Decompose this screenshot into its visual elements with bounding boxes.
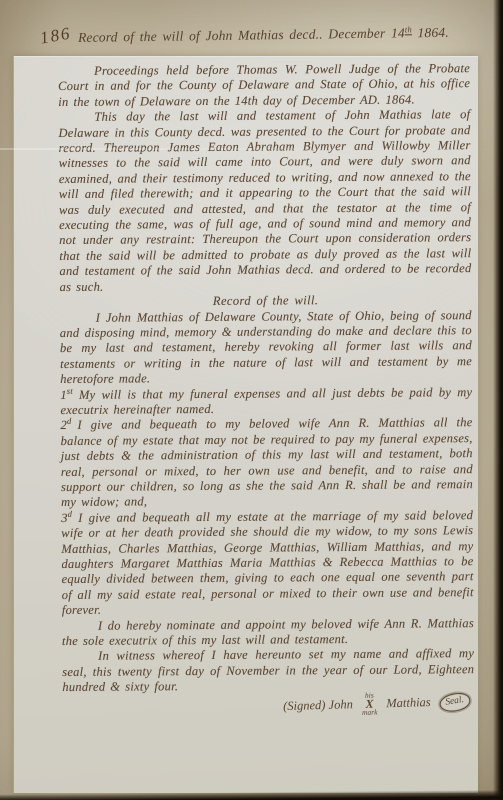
item-3-text: I give and bequeath all my estate at the… — [61, 508, 474, 617]
executrix-paragraph: I do hereby nominate and appoint my belo… — [62, 616, 474, 650]
page-title: Record of the will of John Mathias decd.… — [78, 24, 498, 46]
title-text: Record of the will of John Mathias decd.… — [78, 27, 323, 45]
his-x-mark: his X mark — [362, 692, 378, 715]
will-preamble: I John Matthias of Delaware County, Stat… — [60, 308, 473, 388]
item-1-number: 1st — [60, 387, 79, 401]
signed-surname: Matthias — [386, 695, 431, 711]
probate-order-paragraph: This day the last will and testament of … — [58, 107, 471, 295]
will-item-2: 2dI give and bequeath to my beloved wife… — [60, 415, 473, 510]
handwritten-text: Proceedings held before Thomas W. Powell… — [58, 61, 475, 720]
book-binding-edge — [493, 0, 503, 800]
page-number: 186 — [39, 23, 73, 48]
seal-stamp: Seal. — [439, 690, 472, 712]
item-2-number: 2d — [60, 418, 77, 432]
proceedings-paragraph: Proceedings held before Thomas W. Powell… — [58, 61, 470, 110]
title-date-superscript: th — [405, 24, 412, 35]
page-sheet: Proceedings held before Thomas W. Powell… — [13, 56, 478, 793]
witness-paragraph: In witness whereof I have hereunto set m… — [62, 647, 474, 696]
will-item-3: 3dI give and bequeath all my estate at t… — [61, 508, 474, 619]
mark-label: mark — [362, 709, 378, 715]
ledger-page-photo: 186 Record of the will of John Mathias d… — [0, 0, 503, 800]
item-3-number: 3d — [61, 511, 78, 525]
item-1-text: My will is that my funeral expenses and … — [60, 385, 472, 417]
will-item-1: 1stMy will is that my funeral expenses a… — [60, 385, 472, 419]
title-year: 1864. — [417, 25, 449, 40]
title-date: December 14th — [328, 25, 412, 41]
item-2-text: I give and bequeath to my beloved wife A… — [61, 415, 473, 509]
signed-given-name: (Signed) John — [283, 697, 353, 714]
